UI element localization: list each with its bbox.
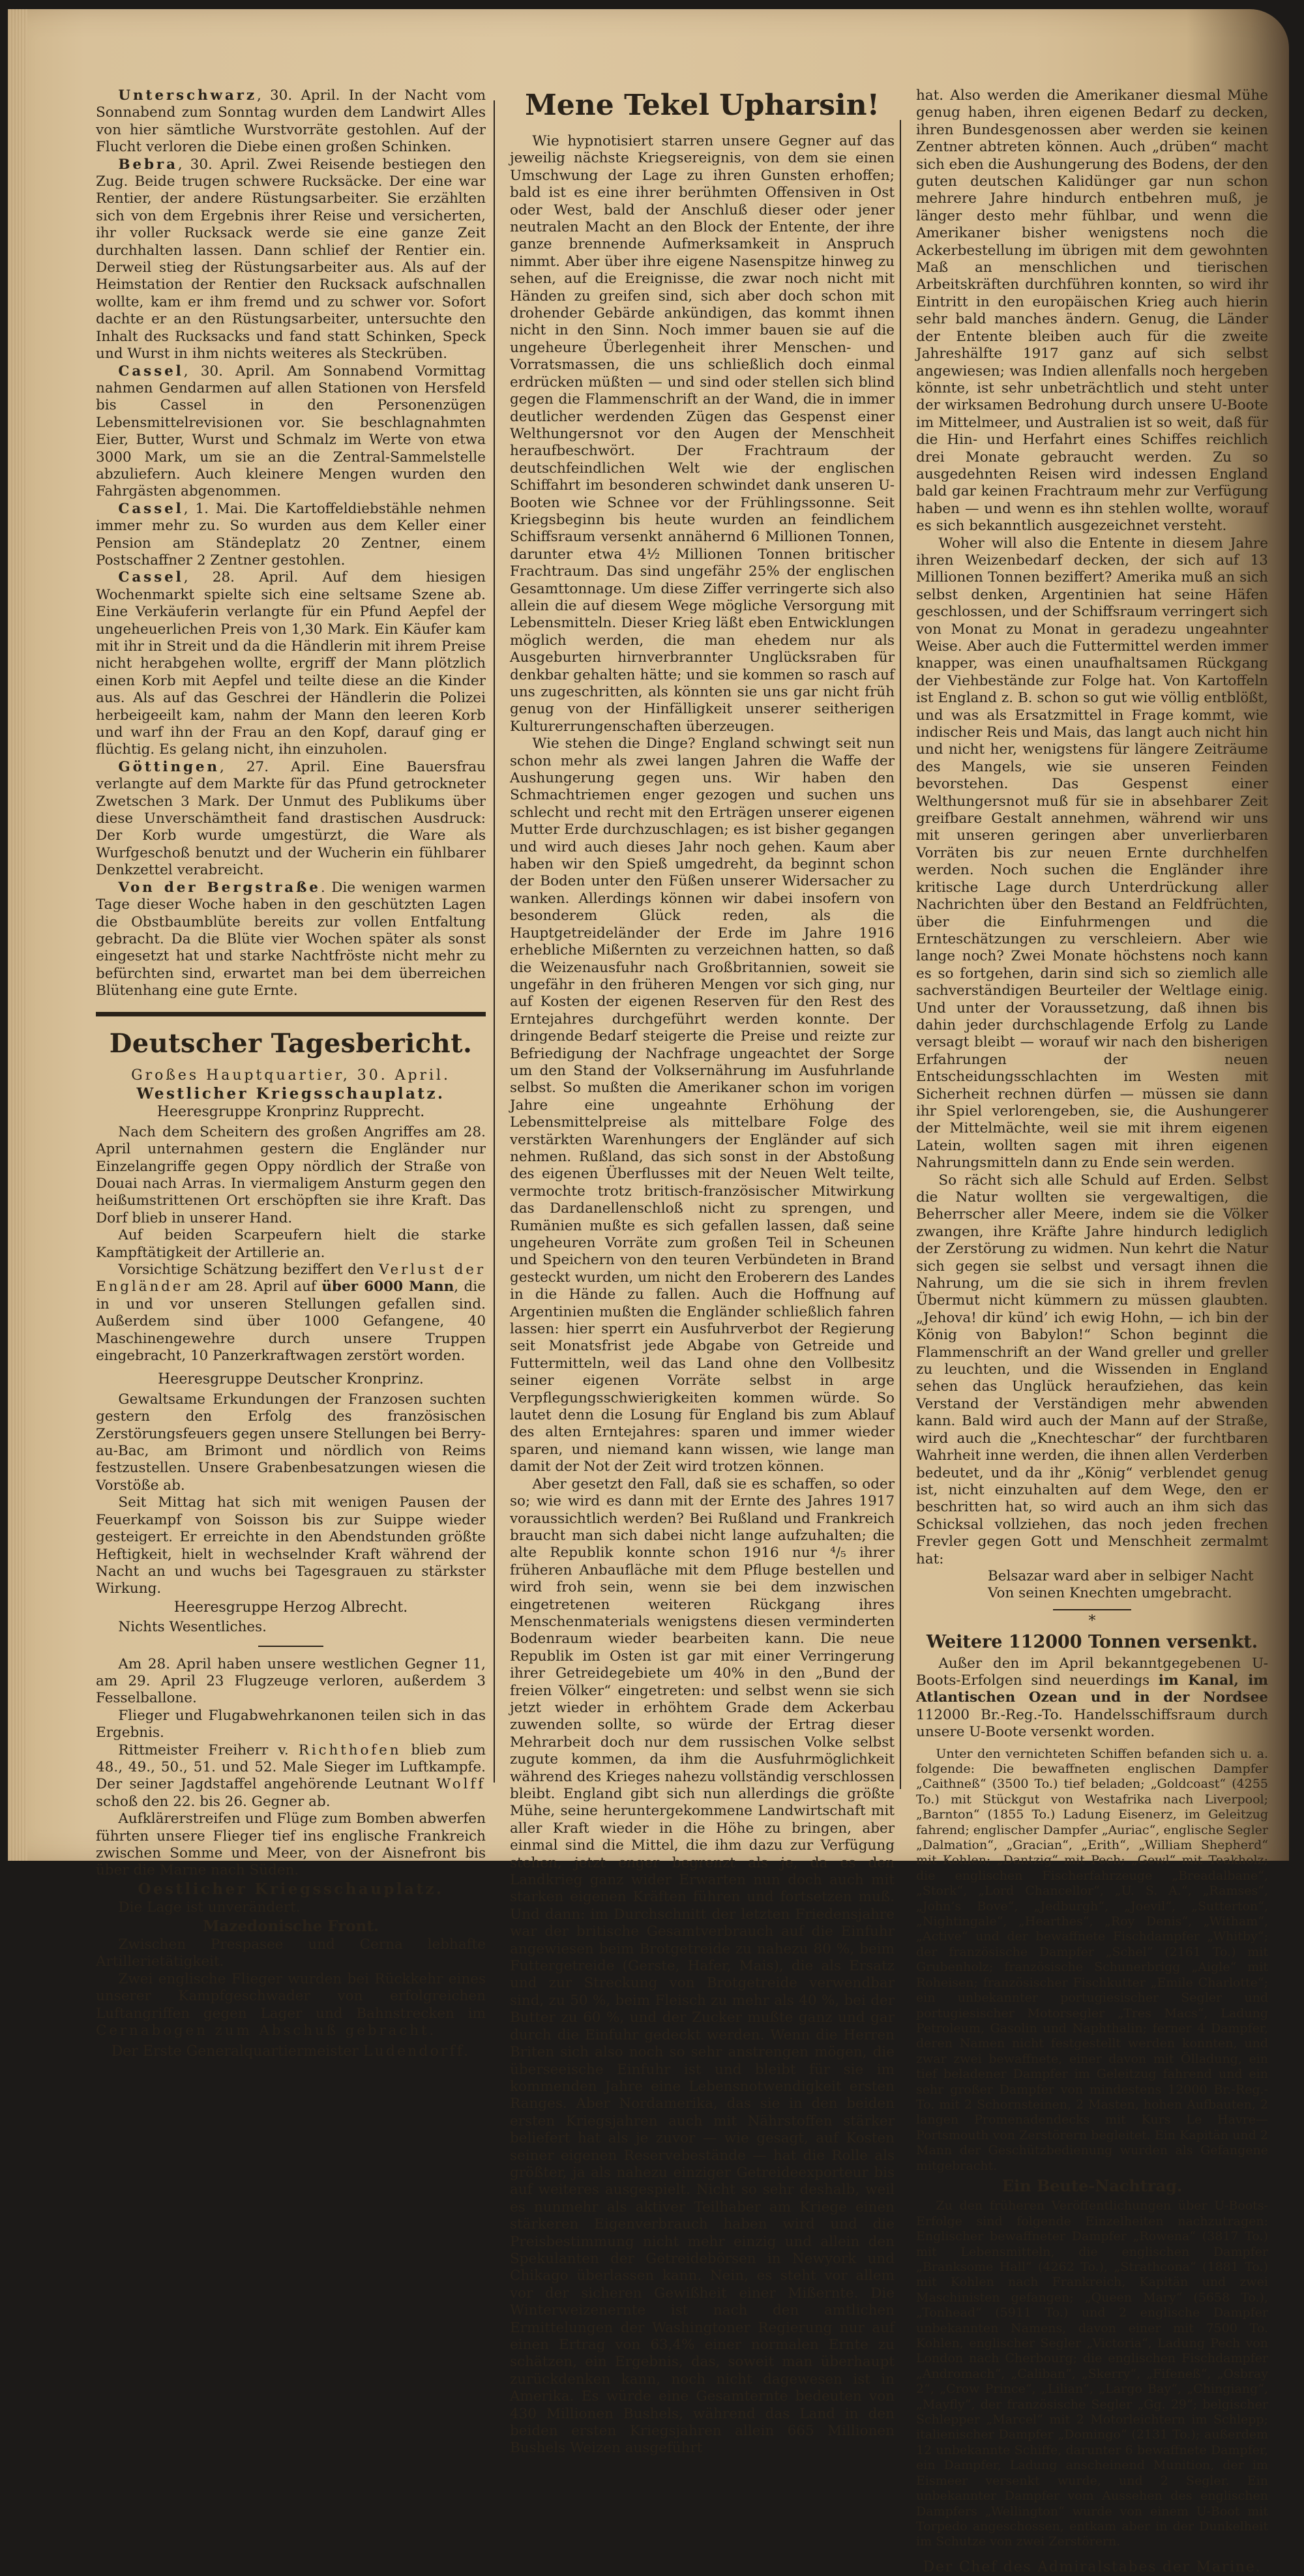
verse-line: Von seinen Knechten umgebracht. xyxy=(916,1585,1268,1602)
section-divider xyxy=(96,1012,486,1016)
news-item-bebra: Bebra, 30. April. Zwei Reisende bestiege… xyxy=(96,156,486,363)
report-paragraph: Vorsichtige Schätzung beziffert den Verl… xyxy=(96,1262,486,1365)
report-paragraph: Seit Mittag hat sich mit wenigen Pausen … xyxy=(96,1494,486,1597)
article-paragraph: Aber gesetzt den Fall, daß sie es schaff… xyxy=(510,1476,895,1869)
army-group-crown-prince: Heeresgruppe Deutscher Kronprinz. xyxy=(96,1371,486,1388)
article-paragraph: Wie hypnotisiert starren unsere Gegner a… xyxy=(510,133,895,735)
news-item-bergstrasse: Von der Bergstraße. Die wenigen warmen T… xyxy=(96,880,486,1000)
army-group-albrecht: Heeresgruppe Herzog Albrecht. xyxy=(96,1599,486,1616)
report-paragraph: Nichts Wesentliches. xyxy=(96,1619,486,1636)
report-paragraph: Rittmeister Freiherr v. Richthofen blieb… xyxy=(96,1742,486,1811)
middle-column: Mene Tekel Upharsin! Wie hypnotisiert st… xyxy=(510,87,895,1869)
short-divider xyxy=(1053,1609,1131,1610)
news-item-unterschwarz: Unterschwarz, 30. April. In der Nacht vo… xyxy=(96,87,486,156)
article-title: Mene Tekel Upharsin! xyxy=(510,87,895,124)
sinking-paragraph: Unter den vernichteten Schiffen befanden… xyxy=(916,1747,1268,1869)
report-paragraph: Nach dem Scheitern des großen Angriffes … xyxy=(96,1124,486,1227)
news-item-cassel-1: Cassel, 30. April. Am Sonnabend Vormitta… xyxy=(96,363,486,501)
report-paragraph: Aufklärerstreifen und Flüge zum Bomben a… xyxy=(96,1811,486,1869)
newspaper-page: Unterschwarz, 30. April. In der Nacht vo… xyxy=(8,9,1289,1861)
report-paragraph: Auf beiden Scarpeufern hielt die starke … xyxy=(96,1227,486,1262)
report-paragraph: Gewaltsame Erkundungen der Franzosen suc… xyxy=(96,1391,486,1494)
article-paragraph: So rächt sich alle Schuld auf Erden. Sel… xyxy=(916,1172,1268,1568)
left-column: Unterschwarz, 30. April. In der Nacht vo… xyxy=(96,87,486,1869)
short-divider xyxy=(258,1646,323,1647)
news-item-goettingen: Göttingen, 27. April. Eine Bauersfrau ve… xyxy=(96,759,486,880)
report-paragraph: Am 28. April haben unsere westlichen Geg… xyxy=(96,1656,486,1708)
column-rule-1 xyxy=(494,100,495,1783)
report-dateline: Großes Hauptquartier, 30. April. xyxy=(96,1067,486,1084)
army-group-rupprecht: Heeresgruppe Kronprinz Rupprecht. xyxy=(96,1104,486,1121)
report-title: Deutscher Tagesbericht. xyxy=(96,1027,486,1061)
report-paragraph: Flieger und Flugabwehrkanonen teilen sic… xyxy=(96,1708,486,1742)
western-front-heading: Westlicher Kriegsschauplatz. xyxy=(96,1086,486,1103)
right-column: hat. Also werden die Amerikaner diesmal … xyxy=(916,87,1268,1869)
column-rule-2 xyxy=(900,120,901,1789)
asterisk-divider: * xyxy=(916,1613,1268,1630)
article-paragraph: Woher will also die Entente in diesem Ja… xyxy=(916,535,1268,1172)
verse-line: Belsazar ward aber in selbiger Nacht xyxy=(916,1568,1268,1585)
article-continuation: hat. Also werden die Amerikaner diesmal … xyxy=(916,87,1268,535)
sinking-lead: Außer den im April bekanntgegebenen U-Bo… xyxy=(916,1655,1268,1741)
news-item-cassel-3: Cassel, 28. April. Auf dem hiesigen Woch… xyxy=(96,569,486,758)
article-paragraph: Wie stehen die Dinge? England schwingt s… xyxy=(510,735,895,1475)
news-item-cassel-2: Cassel, 1. Mai. Die Kartoffeldiebstähle … xyxy=(96,501,486,570)
sinking-title: Weitere 112000 Tonnen versenkt. xyxy=(916,1634,1268,1651)
